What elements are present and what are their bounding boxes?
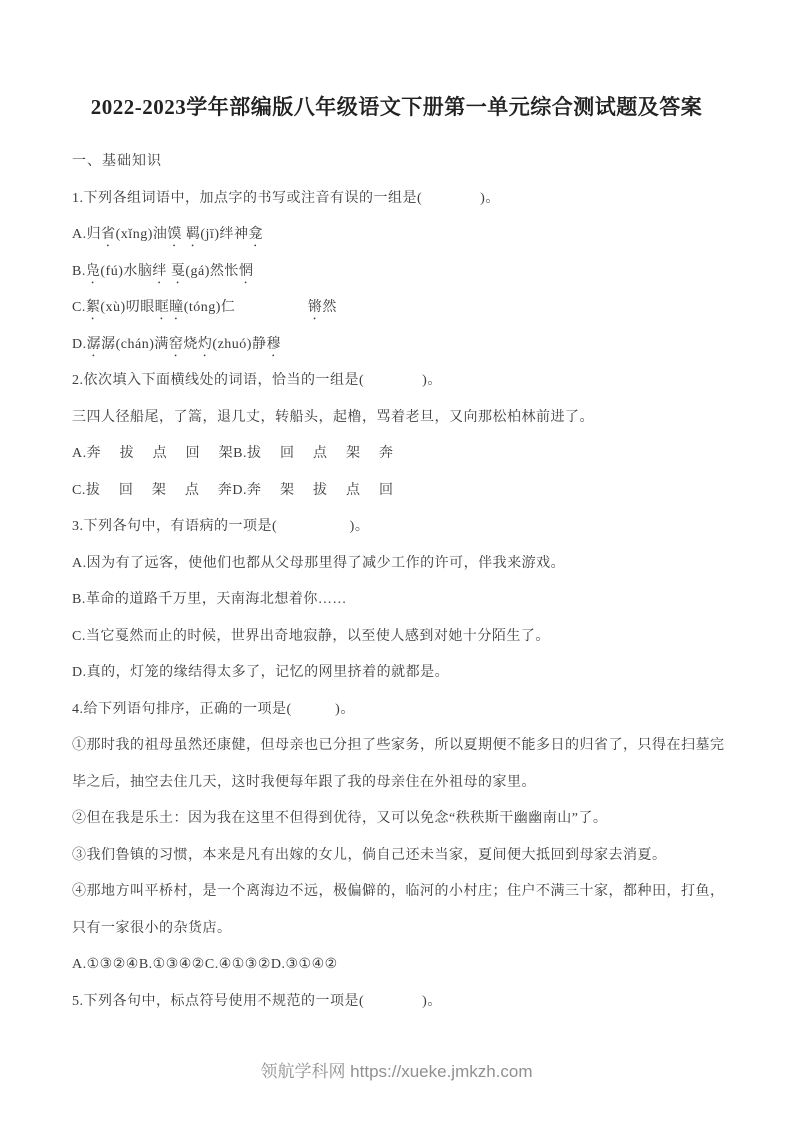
text-line: C.拔 回 架 点 奔D.奔 架 拔 点 回 <box>72 473 727 510</box>
question-list: 1.下列各组词语中，加点字的书写或注音有误的一组是( )。A.归省(xǐng)油… <box>72 181 727 1021</box>
text-line: B.革命的道路千万里，天南海北想着你…… <box>72 582 727 619</box>
text-line: D.真的，灯笼的缘结得太多了，记忆的网里挤着的就都是。 <box>72 655 727 692</box>
text-line: C.当它戛然而止的时候，世界出奇地寂静，以至使人感到对她十分陌生了。 <box>72 619 727 656</box>
section-heading: 一、基础知识 <box>72 144 727 181</box>
text-line: 2.依次填入下面横线处的词语，恰当的一组是( )。 <box>72 363 727 400</box>
text-line: B.凫(fú)水脑绊 戛(gá)然怅惘 <box>72 254 727 291</box>
text-line: ③我们鲁镇的习惯，本来是凡有出嫁的女儿，倘自己还未当家，夏间便大抵回到母家去消夏… <box>72 838 727 875</box>
text-line: A.奔 拔 点 回 架B.拔 回 点 架 奔 <box>72 436 727 473</box>
text-line: 5.下列各句中，标点符号使用不规范的一项是( )。 <box>72 984 727 1021</box>
text-line: ①那时我的祖母虽然还康健，但母亲也已分担了些家务，所以夏期便不能多日的归省了，只… <box>72 728 727 801</box>
watermark-footer: 领航学科网 https://xueke.jmkzh.com <box>0 1060 793 1084</box>
watermark-text: 领航学科网 https://xueke.jmkzh.com <box>260 1062 532 1081</box>
text-line: C.絮(xù)叨眼眶瞳(tóng)仁 锵然 <box>72 290 727 327</box>
document-page: 2022-2023学年部编版八年级语文下册第一单元综合测试题及答案 一、基础知识… <box>0 0 793 1122</box>
text-line: 3.下列各句中，有语病的一项是( )。 <box>72 509 727 546</box>
document-content: 一、基础知识 1.下列各组词语中，加点字的书写或注音有误的一组是( )。A.归省… <box>0 144 793 1020</box>
text-line: A.因为有了远客，使他们也都从父母那里得了减少工作的许可，伴我来游戏。 <box>72 546 727 583</box>
text-line: 4.给下列语句排序，正确的一项是( )。 <box>72 692 727 729</box>
text-line: ④那地方叫平桥村，是一个离海边不远，极偏僻的，临河的小村庄；住户不满三十家，都种… <box>72 874 727 947</box>
text-line: A.归省(xǐng)油馍 羁(jī)绊神龛 <box>72 217 727 254</box>
text-line: D.潺潺(chán)满窑烧灼(zhuó)静穆 <box>72 327 727 364</box>
text-line: A.①③②④B.①③④②C.④①③②D.③①④② <box>72 947 727 984</box>
text-line: ②但在我是乐土：因为我在这里不但得到优待，又可以免念“秩秩斯干幽幽南山”了。 <box>72 801 727 838</box>
page-title: 2022-2023学年部编版八年级语文下册第一单元综合测试题及答案 <box>0 0 793 120</box>
text-line: 1.下列各组词语中，加点字的书写或注音有误的一组是( )。 <box>72 181 727 218</box>
text-line: 三四人径船尾，了篙，退几丈，转船头，起橹，骂着老旦，又向那松柏林前进了。 <box>72 400 727 437</box>
